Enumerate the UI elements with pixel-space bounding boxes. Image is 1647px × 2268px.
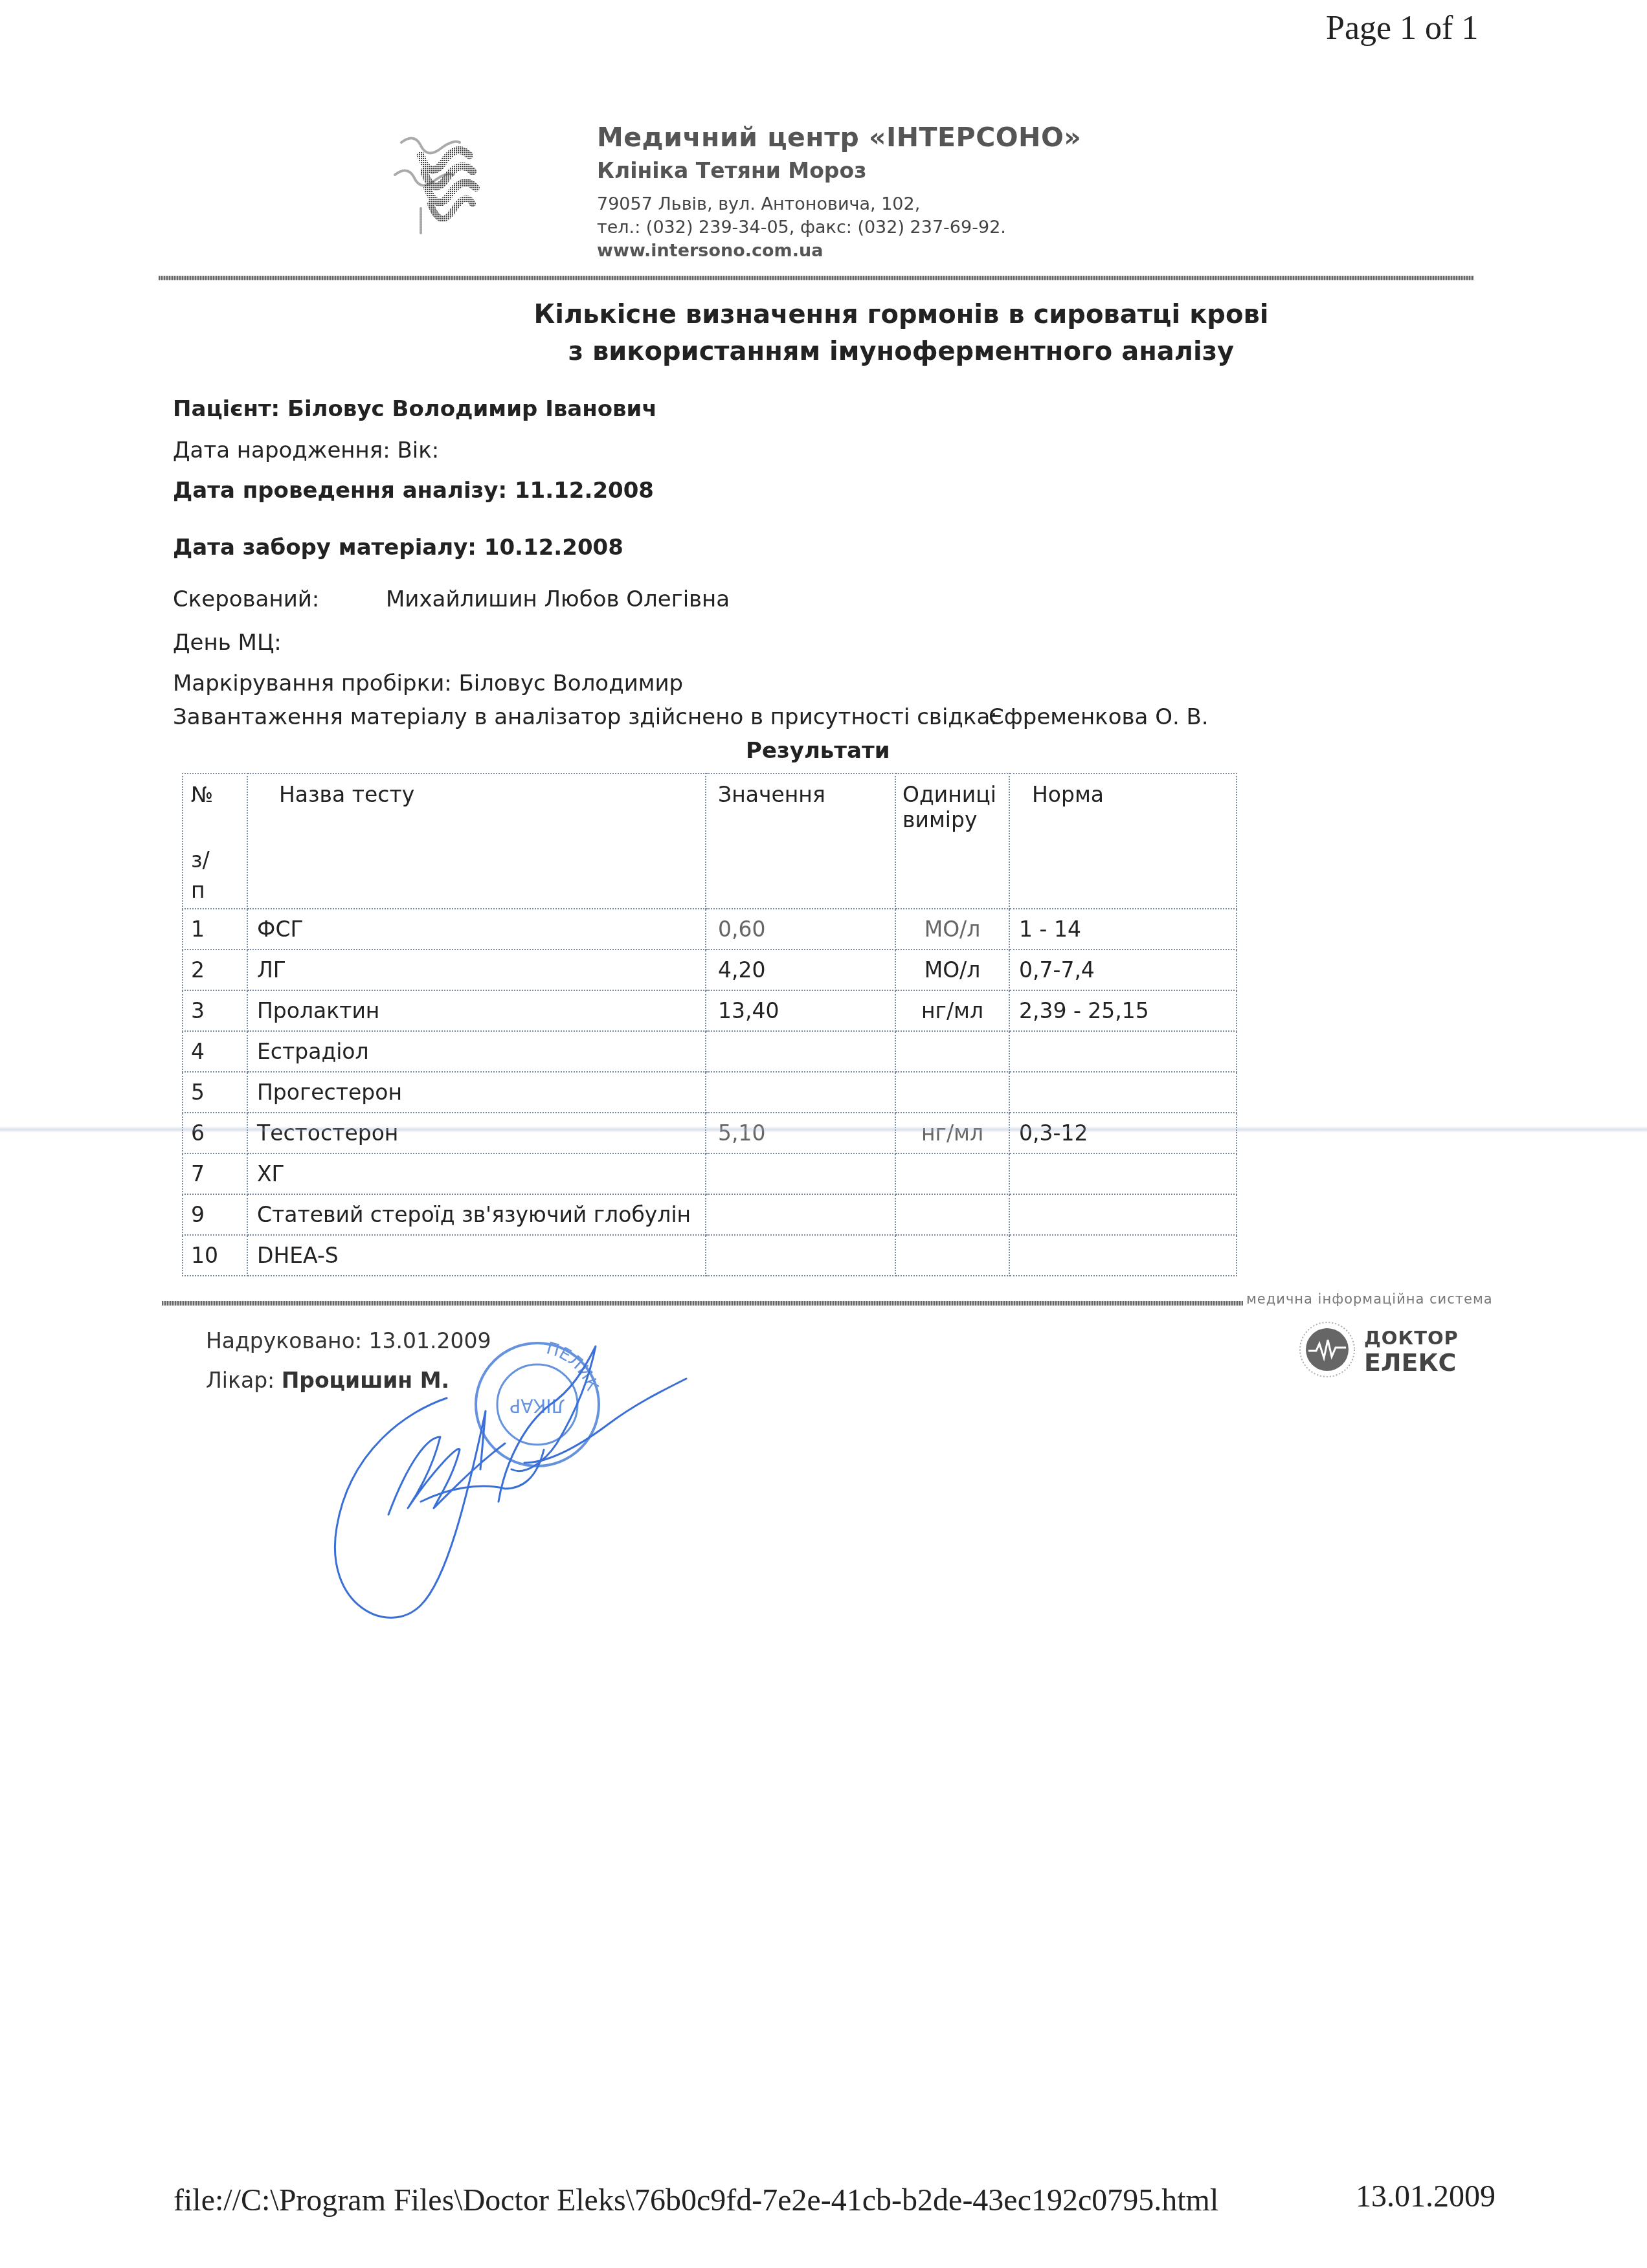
header-divider	[159, 276, 1474, 280]
file-path: file://C:\Program Files\Doctor Eleks\76b…	[174, 2183, 1218, 2218]
row-number: 7	[183, 1153, 247, 1194]
test-value	[706, 1194, 895, 1235]
column-header-number: № з/ п	[183, 773, 247, 909]
sample-date: Дата забору матеріалу: 10.12.2008	[173, 535, 623, 561]
test-name: ФСГ	[247, 909, 706, 950]
table-row: 6Тестостерон5,10нг/мл0,3-12	[183, 1113, 1237, 1153]
test-norm	[1009, 1072, 1237, 1113]
print-date: 13.01.2009	[1356, 2179, 1496, 2214]
table-row: 1ФСГ0,60МО/л1 - 14	[183, 909, 1237, 950]
clinic-address: 79057 Львів, вул. Антоновича, 102,	[597, 194, 920, 214]
row-number: 3	[183, 990, 247, 1031]
table-row: 2ЛГ4,20МО/л0,7-7,4	[183, 950, 1237, 990]
test-norm: 2,39 - 25,15	[1009, 990, 1237, 1031]
table-row: 10DHEA-S	[183, 1235, 1237, 1276]
brand-doctor: ДОКТОР	[1364, 1327, 1459, 1349]
cycle-day-label: День МЦ:	[173, 630, 282, 656]
column-header-value: Значення	[706, 773, 895, 909]
birth-date-age: Дата народження: Вік:	[173, 438, 439, 463]
test-name: DHEA-S	[247, 1235, 706, 1276]
witness-name: Єфременкова О. В.	[989, 704, 1209, 730]
test-units: нг/мл	[895, 990, 1009, 1031]
clinic-website: www.intersono.com.ua	[597, 241, 823, 261]
test-name: ХГ	[247, 1153, 706, 1194]
test-value: 4,20	[706, 950, 895, 990]
test-norm: 0,3-12	[1009, 1113, 1237, 1153]
signature-icon	[335, 1346, 686, 1618]
signature-and-stamp: ПЕЛИК ЛІКАР	[311, 1333, 699, 1644]
table-header-row: № з/ п Назва тесту Значення Одиниці вимі…	[183, 773, 1237, 909]
test-value	[706, 1031, 895, 1072]
row-number: 9	[183, 1194, 247, 1235]
test-units: МО/л	[895, 909, 1009, 950]
test-value	[706, 1153, 895, 1194]
test-norm: 1 - 14	[1009, 909, 1237, 950]
test-name: Пролактин	[247, 990, 706, 1031]
test-value: 0,60	[706, 909, 895, 950]
brand-eleks: ЕЛЕКС	[1364, 1348, 1456, 1377]
test-norm	[1009, 1194, 1237, 1235]
table-row: 4Естрадіол	[183, 1031, 1237, 1072]
patient-name: Пацієнт: Біловус Володимир Іванович	[173, 396, 657, 422]
row-number: 5	[183, 1072, 247, 1113]
test-name: Прогестерон	[247, 1072, 706, 1113]
test-value: 13,40	[706, 990, 895, 1031]
table-row: 5Прогестерон	[183, 1072, 1237, 1113]
column-header-units: Одиниці виміру	[895, 773, 1009, 909]
column-header-test-name: Назва тесту	[247, 773, 706, 909]
test-units	[895, 1031, 1009, 1072]
column-header-norm: Норма	[1009, 773, 1237, 909]
footer-divider	[162, 1301, 1243, 1306]
report-title-line-1: Кількісне визначення гормонів в сироватц…	[0, 300, 1647, 329]
test-value	[706, 1072, 895, 1113]
test-units	[895, 1072, 1009, 1113]
test-units: МО/л	[895, 950, 1009, 990]
test-name: Тестостерон	[247, 1113, 706, 1153]
test-norm	[1009, 1153, 1237, 1194]
results-table: № з/ п Назва тесту Значення Одиниці вимі…	[182, 773, 1237, 1276]
svg-text:ЛІКАР: ЛІКАР	[510, 1395, 565, 1416]
test-norm: 0,7-7,4	[1009, 950, 1237, 990]
test-units	[895, 1194, 1009, 1235]
report-title-line-2: з використанням імуноферментного аналізу	[0, 337, 1647, 366]
system-label: медична інформаційна система	[1246, 1291, 1493, 1307]
referred-by-value: Михайлишин Любов Олегівна	[386, 586, 730, 612]
results-heading: Результати	[746, 738, 890, 764]
tube-marking: Маркірування пробірки: Біловус Володимир	[173, 671, 683, 696]
referred-by-label: Скерований:	[173, 586, 319, 612]
row-number: 6	[183, 1113, 247, 1153]
clinic-phones: тел.: (032) 239-34-05, факс: (032) 237-6…	[597, 217, 1006, 238]
test-units	[895, 1153, 1009, 1194]
test-norm	[1009, 1031, 1237, 1072]
test-name: Статевий стероїд зв'язуючий глобулін	[247, 1194, 706, 1235]
test-name: ЛГ	[247, 950, 706, 990]
analysis-date: Дата проведення аналізу: 11.12.2008	[173, 478, 654, 504]
test-value	[706, 1235, 895, 1276]
doctor-label: Лікар:	[206, 1368, 282, 1393]
stamp-icon: ПЕЛИК ЛІКАР	[476, 1339, 602, 1466]
test-value: 5,10	[706, 1113, 895, 1153]
test-units: нг/мл	[895, 1113, 1009, 1153]
intersono-wave-logo-icon	[382, 123, 499, 239]
paper-fold-crease	[0, 1126, 1647, 1133]
row-number: 10	[183, 1235, 247, 1276]
row-number: 4	[183, 1031, 247, 1072]
row-number: 1	[183, 909, 247, 950]
witness-label: Завантаження матеріалу в аналізатор здій…	[173, 704, 998, 730]
row-number: 2	[183, 950, 247, 990]
table-row: 7ХГ	[183, 1153, 1237, 1194]
doctor-eleks-logo-icon	[1298, 1320, 1356, 1379]
test-name: Естрадіол	[247, 1031, 706, 1072]
clinic-subtitle: Клініка Тетяни Мороз	[597, 158, 866, 183]
test-units	[895, 1235, 1009, 1276]
table-row: 9Статевий стероїд зв'язуючий глобулін	[183, 1194, 1237, 1235]
clinic-name: Медичний центр «ІНТЕРСОНО»	[597, 122, 1081, 153]
test-norm	[1009, 1235, 1237, 1276]
page-indicator: Page 1 of 1	[1326, 9, 1478, 47]
table-row: 3Пролактин13,40нг/мл2,39 - 25,15	[183, 990, 1237, 1031]
